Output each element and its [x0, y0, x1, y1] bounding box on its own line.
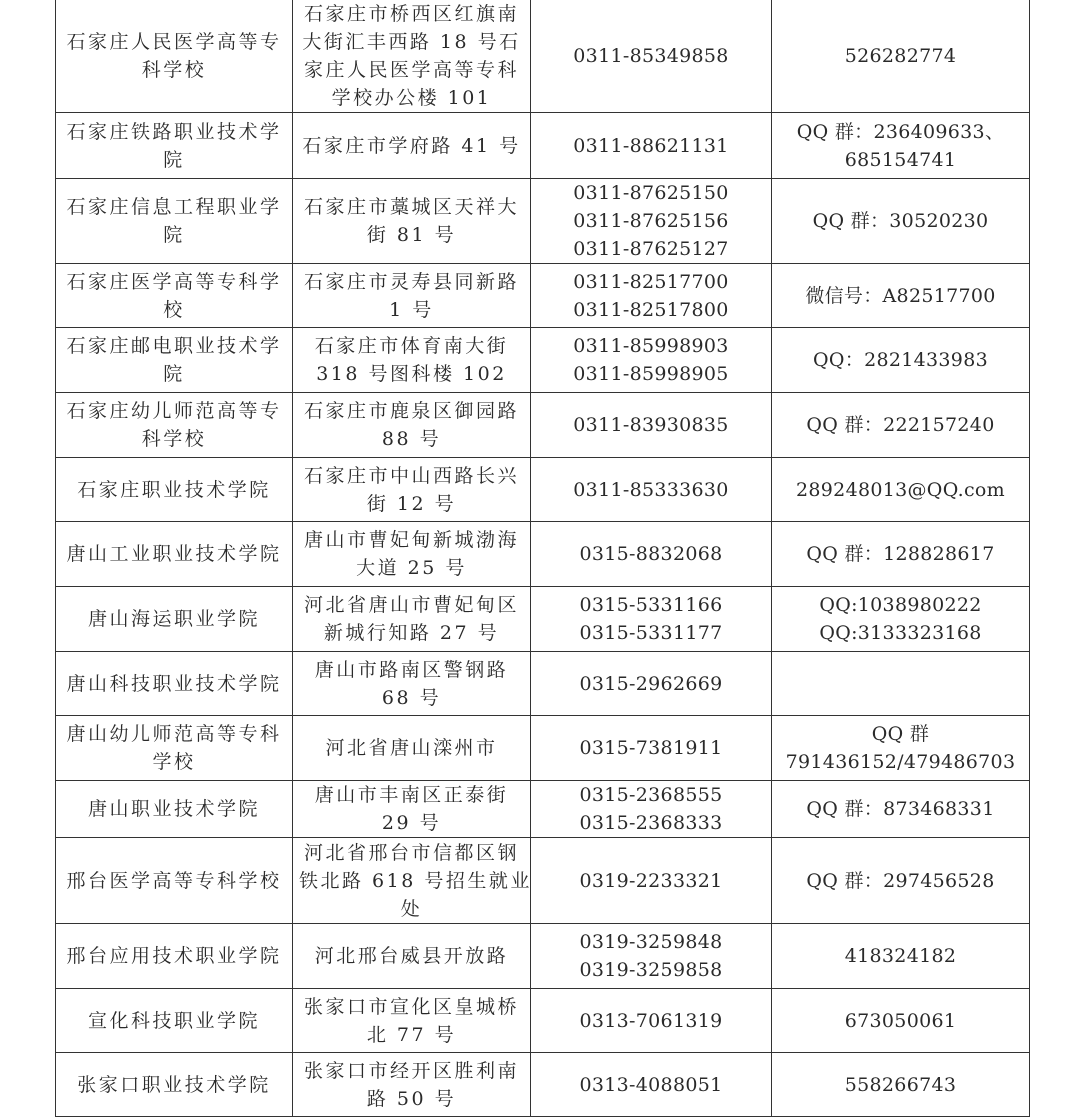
online-contact-text-line: QQ 群 — [778, 720, 1023, 748]
address-text-line: 街 81 号 — [299, 221, 524, 249]
online-contact-cell: 558266743 — [772, 1053, 1030, 1117]
phone-text-line: 0313-4088051 — [537, 1071, 765, 1099]
phone-cell: 0311-88621131 — [531, 113, 772, 179]
phone-cell: 0311-859989030311-85998905 — [531, 328, 772, 393]
online-contact-cell: 289248013@QQ.com — [772, 458, 1030, 522]
phone-cell: 0311-876251500311-876251560311-87625127 — [531, 179, 772, 264]
address-cell: 张家口市经开区胜利南路 50 号 — [293, 1053, 531, 1117]
school-name-cell: 石家庄铁路职业技术学院 — [56, 113, 293, 179]
table-row: 石家庄职业技术学院石家庄市中山西路长兴街 12 号0311-8533363028… — [56, 458, 1030, 522]
school-name-text-line: 石家庄医学高等专科学 — [62, 268, 286, 296]
school-name-text-line: 石家庄邮电职业技术学 — [62, 332, 286, 360]
address-text-line: 唐山市曹妃甸新城渤海 — [299, 526, 524, 554]
address-text-line: 张家口市宣化区皇城桥 — [299, 993, 524, 1021]
table-row: 唐山科技职业技术学院唐山市路南区警钢路68 号0315-2962669 — [56, 652, 1030, 716]
address-text-line: 唐山市丰南区正泰街 — [299, 781, 524, 809]
phone-text-line: 0311-85333630 — [537, 476, 765, 504]
school-name-text-line: 科学校 — [62, 425, 286, 453]
address-text-line: 大道 25 号 — [299, 554, 524, 582]
address-cell: 唐山市曹妃甸新城渤海大道 25 号 — [293, 522, 531, 587]
address-cell: 河北省唐山滦州市 — [293, 716, 531, 781]
online-contact-text-line: 791436152/479486703 — [778, 748, 1023, 776]
address-text-line: 街 12 号 — [299, 490, 524, 518]
school-name-text-line: 石家庄职业技术学院 — [62, 476, 286, 504]
online-contact-text-line: QQ 群：873468331 — [778, 795, 1023, 823]
school-name-text-line: 唐山海运职业学院 — [62, 605, 286, 633]
school-name-text-line: 学校 — [62, 748, 286, 776]
school-name-text-line: 石家庄幼儿师范高等专 — [62, 397, 286, 425]
online-contact-cell: QQ 群：128828617 — [772, 522, 1030, 587]
online-contact-cell: QQ 群791436152/479486703 — [772, 716, 1030, 781]
address-text-line: 河北省邢台市信都区钢 — [299, 839, 524, 867]
address-cell: 唐山市路南区警钢路68 号 — [293, 652, 531, 716]
school-name-cell: 邢台应用技术职业学院 — [56, 924, 293, 989]
phone-text-line: 0311-85998903 — [537, 332, 765, 360]
address-text-line: 石家庄市鹿泉区御园路 — [299, 397, 524, 425]
online-contact-cell: QQ 群：222157240 — [772, 393, 1030, 458]
table-row: 唐山职业技术学院唐山市丰南区正泰街29 号0315-23685550315-23… — [56, 781, 1030, 838]
school-name-text-line: 石家庄人民医学高等专 — [62, 28, 286, 56]
address-text-line: 88 号 — [299, 425, 524, 453]
online-contact-cell: QQ 群：30520230 — [772, 179, 1030, 264]
online-contact-text-line: 685154741 — [778, 146, 1023, 174]
address-text-line: 68 号 — [299, 684, 524, 712]
address-cell: 唐山市丰南区正泰街29 号 — [293, 781, 531, 838]
phone-text-line: 0313-7061319 — [537, 1007, 765, 1035]
address-cell: 石家庄市鹿泉区御园路88 号 — [293, 393, 531, 458]
phone-text-line: 0311-85349858 — [537, 42, 765, 70]
school-name-text-line: 院 — [62, 221, 286, 249]
online-contact-text-line: 289248013@QQ.com — [778, 476, 1023, 504]
online-contact-text-line: QQ 群：222157240 — [778, 411, 1023, 439]
online-contact-cell: 526282774 — [772, 0, 1030, 113]
online-contact-cell: QQ:1038980222QQ:3133323168 — [772, 587, 1030, 652]
phone-cell: 0311-825177000311-82517800 — [531, 264, 772, 328]
school-name-cell: 石家庄信息工程职业学院 — [56, 179, 293, 264]
online-contact-cell: QQ：2821433983 — [772, 328, 1030, 393]
address-text-line: 河北邢台威县开放路 — [299, 942, 524, 970]
phone-cell: 0315-2962669 — [531, 652, 772, 716]
online-contact-cell: QQ 群：297456528 — [772, 838, 1030, 924]
school-name-text-line: 宣化科技职业学院 — [62, 1007, 286, 1035]
school-name-cell: 石家庄邮电职业技术学院 — [56, 328, 293, 393]
table-row: 石家庄邮电职业技术学院石家庄市体育南大街318 号图科楼 1020311-859… — [56, 328, 1030, 393]
address-text-line: 石家庄市桥西区红旗南 — [299, 0, 524, 28]
table-row: 宣化科技职业学院张家口市宣化区皇城桥北 77 号0313-70613196730… — [56, 989, 1030, 1053]
phone-text-line: 0311-85998905 — [537, 360, 765, 388]
phone-cell: 0311-83930835 — [531, 393, 772, 458]
address-text-line: 1 号 — [299, 296, 524, 324]
address-cell: 石家庄市灵寿县同新路1 号 — [293, 264, 531, 328]
online-contact-text-line: QQ:1038980222 — [778, 591, 1023, 619]
school-name-cell: 唐山幼儿师范高等专科学校 — [56, 716, 293, 781]
table-row: 石家庄幼儿师范高等专科学校石家庄市鹿泉区御园路88 号0311-83930835… — [56, 393, 1030, 458]
address-cell: 石家庄市桥西区红旗南大街汇丰西路 18 号石家庄人民医学高等专科学校办公楼 10… — [293, 0, 531, 113]
school-name-cell: 张家口职业技术学院 — [56, 1053, 293, 1117]
school-name-cell: 宣化科技职业学院 — [56, 989, 293, 1053]
school-name-text-line: 邢台应用技术职业学院 — [62, 942, 286, 970]
phone-cell: 0311-85333630 — [531, 458, 772, 522]
online-contact-text-line: QQ 群：128828617 — [778, 540, 1023, 568]
phone-text-line: 0315-7381911 — [537, 734, 765, 762]
table-row: 唐山海运职业学院河北省唐山市曹妃甸区新城行知路 27 号0315-5331166… — [56, 587, 1030, 652]
table-row: 张家口职业技术学院张家口市经开区胜利南路 50 号0313-4088051558… — [56, 1053, 1030, 1117]
school-name-cell: 石家庄人民医学高等专科学校 — [56, 0, 293, 113]
school-name-text-line: 唐山幼儿师范高等专科 — [62, 720, 286, 748]
phone-cell: 0319-2233321 — [531, 838, 772, 924]
address-text-line: 家庄人民医学高等专科 — [299, 56, 524, 84]
phone-text-line: 0315-2368333 — [537, 809, 765, 837]
address-text-line: 河北省唐山市曹妃甸区 — [299, 591, 524, 619]
address-cell: 河北邢台威县开放路 — [293, 924, 531, 989]
online-contact-text-line: QQ 群：236409633、 — [778, 118, 1023, 146]
phone-text-line: 0311-82517700 — [537, 268, 765, 296]
phone-text-line: 0315-5331166 — [537, 591, 765, 619]
online-contact-text-line: 526282774 — [778, 42, 1023, 70]
phone-text-line: 0311-87625127 — [537, 235, 765, 263]
table-row: 石家庄铁路职业技术学院石家庄市学府路 41 号0311-88621131QQ 群… — [56, 113, 1030, 179]
online-contact-cell: 微信号：A82517700 — [772, 264, 1030, 328]
phone-text-line: 0311-87625150 — [537, 179, 765, 207]
table-row: 石家庄信息工程职业学院石家庄市藁城区天祥大街 81 号0311-87625150… — [56, 179, 1030, 264]
phone-text-line: 0319-3259858 — [537, 956, 765, 984]
address-text-line: 新城行知路 27 号 — [299, 619, 524, 647]
school-name-cell: 邢台医学高等专科学校 — [56, 838, 293, 924]
phone-text-line: 0311-87625156 — [537, 207, 765, 235]
school-name-text-line: 科学校 — [62, 56, 286, 84]
school-name-cell: 石家庄医学高等专科学校 — [56, 264, 293, 328]
address-text-line: 学校办公楼 101 — [299, 84, 524, 112]
phone-cell: 0313-7061319 — [531, 989, 772, 1053]
table-row: 邢台应用技术职业学院河北邢台威县开放路0319-32598480319-3259… — [56, 924, 1030, 989]
address-cell: 石家庄市体育南大街318 号图科楼 102 — [293, 328, 531, 393]
phone-text-line: 0311-82517800 — [537, 296, 765, 324]
phone-text-line: 0315-5331177 — [537, 619, 765, 647]
online-contact-text-line: 微信号：A82517700 — [778, 282, 1023, 310]
address-cell: 石家庄市藁城区天祥大街 81 号 — [293, 179, 531, 264]
school-name-text-line: 邢台医学高等专科学校 — [62, 867, 286, 895]
online-contact-text-line: QQ 群：297456528 — [778, 867, 1023, 895]
school-name-text-line: 校 — [62, 296, 286, 324]
online-contact-cell: 418324182 — [772, 924, 1030, 989]
online-contact-cell: QQ 群：873468331 — [772, 781, 1030, 838]
online-contact-text-line: QQ:3133323168 — [778, 619, 1023, 647]
school-name-cell: 唐山海运职业学院 — [56, 587, 293, 652]
school-name-text-line: 石家庄信息工程职业学 — [62, 193, 286, 221]
school-name-cell: 唐山职业技术学院 — [56, 781, 293, 838]
phone-text-line: 0311-88621131 — [537, 132, 765, 160]
phone-cell: 0315-7381911 — [531, 716, 772, 781]
phone-cell: 0313-4088051 — [531, 1053, 772, 1117]
address-text-line: 张家口市经开区胜利南 — [299, 1057, 524, 1085]
address-text-line: 29 号 — [299, 809, 524, 837]
phone-cell: 0315-53311660315-5331177 — [531, 587, 772, 652]
phone-text-line: 0319-3259848 — [537, 928, 765, 956]
table-row: 唐山幼儿师范高等专科学校河北省唐山滦州市0315-7381911QQ 群7914… — [56, 716, 1030, 781]
online-contact-text-line: QQ：2821433983 — [778, 346, 1023, 374]
online-contact-text-line: 673050061 — [778, 1007, 1023, 1035]
phone-cell: 0311-85349858 — [531, 0, 772, 113]
school-name-text-line: 唐山科技职业技术学院 — [62, 670, 286, 698]
address-text-line: 铁北路 618 号招生就业 — [299, 867, 524, 895]
online-contact-cell — [772, 652, 1030, 716]
address-text-line: 石家庄市学府路 41 号 — [299, 132, 524, 160]
table-row: 石家庄医学高等专科学校石家庄市灵寿县同新路1 号0311-82517700031… — [56, 264, 1030, 328]
address-text-line: 石家庄市灵寿县同新路 — [299, 268, 524, 296]
phone-text-line: 0311-83930835 — [537, 411, 765, 439]
school-name-cell: 唐山工业职业技术学院 — [56, 522, 293, 587]
phone-cell: 0319-32598480319-3259858 — [531, 924, 772, 989]
school-name-text-line: 唐山工业职业技术学院 — [62, 540, 286, 568]
address-text-line: 大街汇丰西路 18 号石 — [299, 28, 524, 56]
school-name-text-line: 唐山职业技术学院 — [62, 795, 286, 823]
address-cell: 张家口市宣化区皇城桥北 77 号 — [293, 989, 531, 1053]
address-cell: 河北省唐山市曹妃甸区新城行知路 27 号 — [293, 587, 531, 652]
table-row: 唐山工业职业技术学院唐山市曹妃甸新城渤海大道 25 号0315-8832068Q… — [56, 522, 1030, 587]
address-text-line: 石家庄市藁城区天祥大 — [299, 193, 524, 221]
phone-text-line: 0315-2962669 — [537, 670, 765, 698]
address-text-line: 石家庄市体育南大街 — [299, 332, 524, 360]
school-name-text-line: 院 — [62, 360, 286, 388]
phone-text-line: 0315-2368555 — [537, 781, 765, 809]
address-text-line: 唐山市路南区警钢路 — [299, 656, 524, 684]
address-cell: 石家庄市中山西路长兴街 12 号 — [293, 458, 531, 522]
school-name-cell: 唐山科技职业技术学院 — [56, 652, 293, 716]
online-contact-text-line: 558266743 — [778, 1071, 1023, 1099]
online-contact-cell: QQ 群：236409633、685154741 — [772, 113, 1030, 179]
school-name-text-line: 张家口职业技术学院 — [62, 1071, 286, 1099]
address-text-line: 北 77 号 — [299, 1021, 524, 1049]
online-contact-text-line: QQ 群：30520230 — [778, 207, 1023, 235]
online-contact-cell: 673050061 — [772, 989, 1030, 1053]
address-text-line: 河北省唐山滦州市 — [299, 734, 524, 762]
school-name-cell: 石家庄职业技术学院 — [56, 458, 293, 522]
online-contact-text-line: 418324182 — [778, 942, 1023, 970]
table-row: 邢台医学高等专科学校河北省邢台市信都区钢铁北路 618 号招生就业处0319-2… — [56, 838, 1030, 924]
phone-cell: 0315-8832068 — [531, 522, 772, 587]
phone-cell: 0315-23685550315-2368333 — [531, 781, 772, 838]
table-row: 石家庄人民医学高等专科学校石家庄市桥西区红旗南大街汇丰西路 18 号石家庄人民医… — [56, 0, 1030, 113]
address-cell: 河北省邢台市信都区钢铁北路 618 号招生就业处 — [293, 838, 531, 924]
phone-text-line: 0319-2233321 — [537, 867, 765, 895]
table-body: 石家庄人民医学高等专科学校石家庄市桥西区红旗南大街汇丰西路 18 号石家庄人民医… — [56, 0, 1030, 1117]
address-text-line: 处 — [299, 895, 524, 923]
school-name-cell: 石家庄幼儿师范高等专科学校 — [56, 393, 293, 458]
phone-text-line: 0315-8832068 — [537, 540, 765, 568]
school-contact-table: 石家庄人民医学高等专科学校石家庄市桥西区红旗南大街汇丰西路 18 号石家庄人民医… — [55, 0, 1030, 1117]
school-name-text-line: 院 — [62, 146, 286, 174]
school-name-text-line: 石家庄铁路职业技术学 — [62, 118, 286, 146]
address-text-line: 318 号图科楼 102 — [299, 360, 524, 388]
address-text-line: 石家庄市中山西路长兴 — [299, 462, 524, 490]
address-text-line: 路 50 号 — [299, 1085, 524, 1113]
address-cell: 石家庄市学府路 41 号 — [293, 113, 531, 179]
